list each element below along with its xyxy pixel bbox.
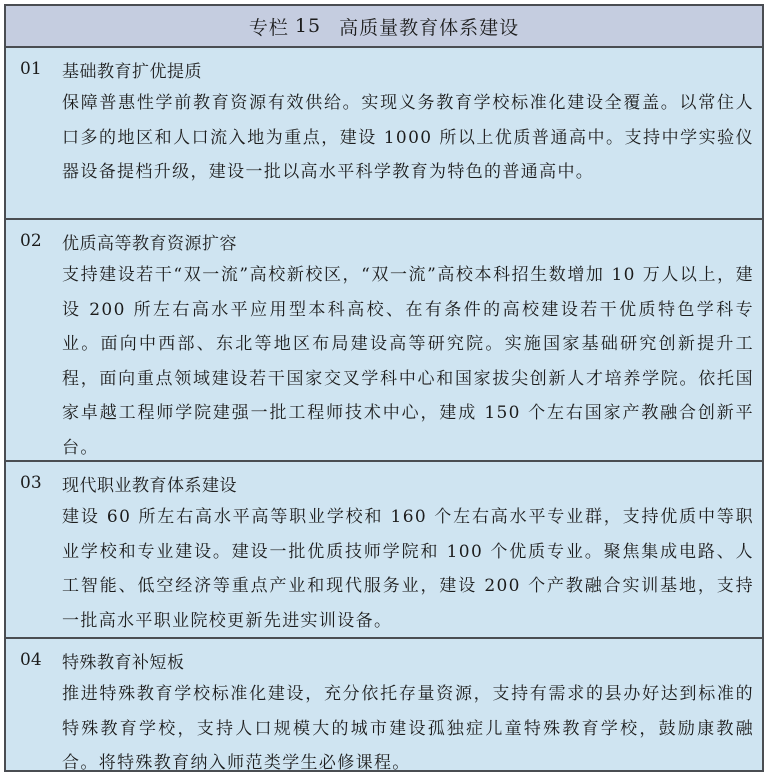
section-special-education: 04 特殊教育补短板 推进特殊教育学校标准化建设，充分依托存量资源，支持有需求的…: [6, 639, 762, 770]
section-body: 推进特殊教育学校标准化建设，充分依托存量资源，支持有需求的县办好达到标准的特殊教…: [6, 677, 762, 781]
section-title: 基础教育扩优提质: [62, 57, 202, 82]
section-body: 支持建设若干“双一流”高校新校区，“双一流”高校本科招生数增加 10 万人以上，…: [6, 258, 762, 466]
section-number: 01: [6, 59, 62, 79]
section-number: 04: [6, 650, 62, 670]
section-title: 现代职业教育体系建设: [62, 471, 237, 496]
section-heading: 02 优质高等教育资源扩容: [6, 220, 762, 258]
box-header: 专栏 15 高质量教育体系建设: [6, 6, 762, 48]
feature-box: 专栏 15 高质量教育体系建设 01 基础教育扩优提质 保障普惠性学前教育资源有…: [4, 4, 764, 772]
section-heading: 01 基础教育扩优提质: [6, 48, 762, 86]
section-heading: 04 特殊教育补短板: [6, 639, 762, 677]
header-label: 专栏: [249, 13, 289, 40]
section-higher-education: 02 优质高等教育资源扩容 支持建设若干“双一流”高校新校区，“双一流”高校本科…: [6, 220, 762, 462]
section-heading: 03 现代职业教育体系建设: [6, 462, 762, 500]
section-basic-education: 01 基础教育扩优提质 保障普惠性学前教育资源有效供给。实现义务教育学校标准化建…: [6, 48, 762, 220]
section-title: 特殊教育补短板: [62, 648, 185, 673]
section-body: 建设 60 所左右高水平高等职业学校和 160 个左右高水平专业群，支持优质中等…: [6, 500, 762, 638]
section-body: 保障普惠性学前教育资源有效供给。实现义务教育学校标准化建设全覆盖。以常住人口多的…: [6, 86, 762, 190]
section-title: 优质高等教育资源扩容: [62, 229, 237, 254]
header-title: 高质量教育体系建设: [339, 13, 519, 40]
section-vocational-education: 03 现代职业教育体系建设 建设 60 所左右高水平高等职业学校和 160 个左…: [6, 462, 762, 639]
section-number: 03: [6, 473, 62, 493]
header-number: 15: [295, 15, 321, 37]
section-number: 02: [6, 231, 62, 251]
